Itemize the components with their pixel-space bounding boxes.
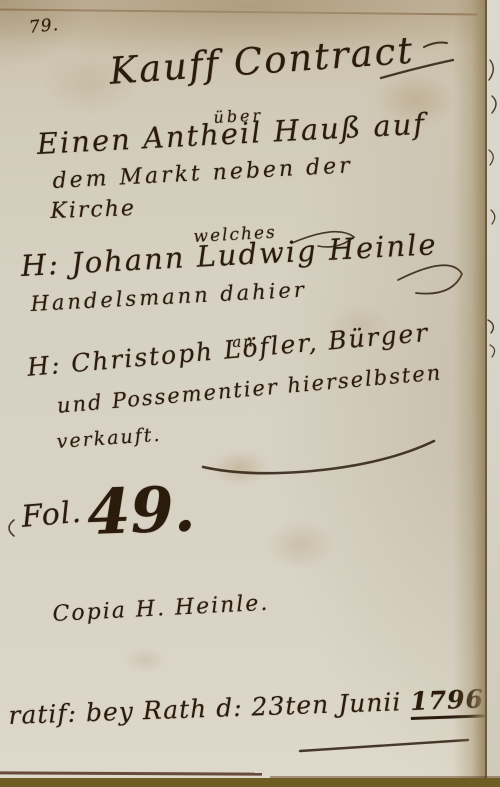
page-edge-shadow bbox=[453, 0, 487, 787]
folio-reference-number: 49. bbox=[86, 472, 196, 549]
next-page-edge bbox=[485, 0, 500, 787]
manuscript-page: 79. Kauff Contract über Einen Antheil Ha… bbox=[0, 0, 500, 787]
seller-occupation: Handelsmann dahier bbox=[30, 278, 307, 316]
manuscript-photo: 79. Kauff Contract über Einen Antheil Ha… bbox=[0, 0, 500, 787]
property-line-3: Kirche bbox=[50, 196, 136, 224]
next-page-ink-fragments bbox=[487, 0, 500, 787]
word-verkauft: verkauft. bbox=[56, 424, 162, 453]
folio-reference-label: Fol. bbox=[20, 495, 83, 535]
contract-title: Kauff Contract bbox=[108, 29, 416, 93]
folio-page-number: 79. bbox=[28, 15, 60, 38]
ratification-note: ratif: bey Rath d: 23ten Junii 1796. bbox=[8, 684, 494, 730]
property-line-2: dem Markt neben der bbox=[52, 153, 353, 194]
table-background-band bbox=[0, 778, 500, 787]
copy-annotation: Copia H. Heinle. bbox=[52, 591, 270, 627]
ratification-text: ratif: bey Rath d: 23ten Junii bbox=[8, 687, 411, 730]
page-top-fold-line bbox=[0, 8, 478, 15]
